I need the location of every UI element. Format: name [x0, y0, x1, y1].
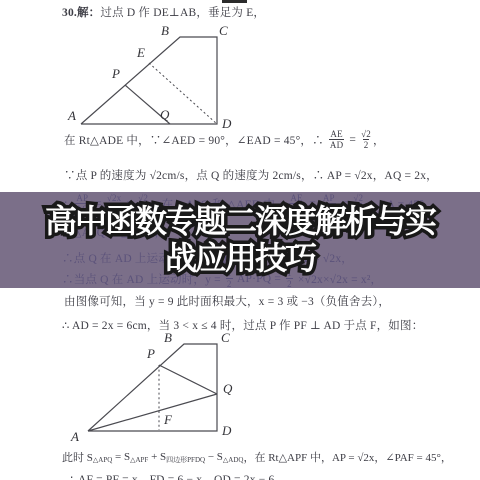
problem-intro-line: 30.解：过点 D 作 DE⊥AB，垂足为 E， — [62, 4, 265, 20]
math-line-area-sum: 此时 S△APQ = S△APF + S四边形PFDQ − S△ADQ，在 Rt… — [62, 449, 452, 465]
banner-title-line-1-text: 高中函数专题二深度解析与实 — [45, 202, 435, 240]
cropped-edge-artifact — [222, 0, 247, 3]
vertex-label-C: C — [221, 331, 230, 345]
vertex-label-A: A — [70, 429, 79, 444]
math-line-af-pf: ∴ AF = PF = x，FD = 6 − x，QD = 2x − 6， — [68, 471, 286, 480]
banner-title-line-1: 高中函数专题二深度解析与实 高中函数专题二深度解析与实 — [0, 203, 480, 240]
vertex-label-F: F — [163, 412, 173, 427]
math-line-speeds: ∵点 P 的速度为 √2cm/s，点 Q 的速度为 2cm/s，∴ AP = √… — [64, 167, 438, 183]
segment-AQ — [88, 394, 217, 431]
vertex-label-B: B — [161, 24, 169, 38]
diagram-2-trapezoid-ABCD-with-F: A B C D P Q F — [60, 331, 260, 446]
vertex-label-P: P — [111, 66, 120, 81]
vertex-label-Q: Q — [223, 381, 233, 396]
banner-title-line-2-text: 战应用技巧 — [165, 239, 315, 277]
math-line-graph-max: 由图像可知，当 y = 9 此时面积最大，x = 3 或 −3（负值舍去）， — [64, 293, 390, 309]
vertex-label-C: C — [219, 24, 228, 38]
vertex-label-D: D — [221, 423, 232, 438]
vertex-label-E: E — [136, 45, 145, 60]
vertex-label-Q: Q — [160, 107, 170, 122]
scanned-solution-page: 30.解：过点 D 作 DE⊥AB，垂足为 E， A B C D E P Q 在… — [0, 0, 480, 480]
banner-title-line-2: 战应用技巧 战应用技巧 — [0, 240, 480, 277]
math-line-rt-ade: 在 Rt△ADE 中，∵∠AED = 90°，∠EAD = 45°，∴ AEAD… — [64, 129, 385, 151]
vertex-label-A: A — [67, 108, 76, 123]
vertex-label-P: P — [146, 346, 155, 361]
trapezoid-outline — [81, 37, 217, 124]
vertex-label-B: B — [164, 331, 172, 345]
diagram-1-trapezoid-ABCD: A B C D E P Q — [60, 24, 260, 136]
segment-PQ — [159, 365, 217, 394]
